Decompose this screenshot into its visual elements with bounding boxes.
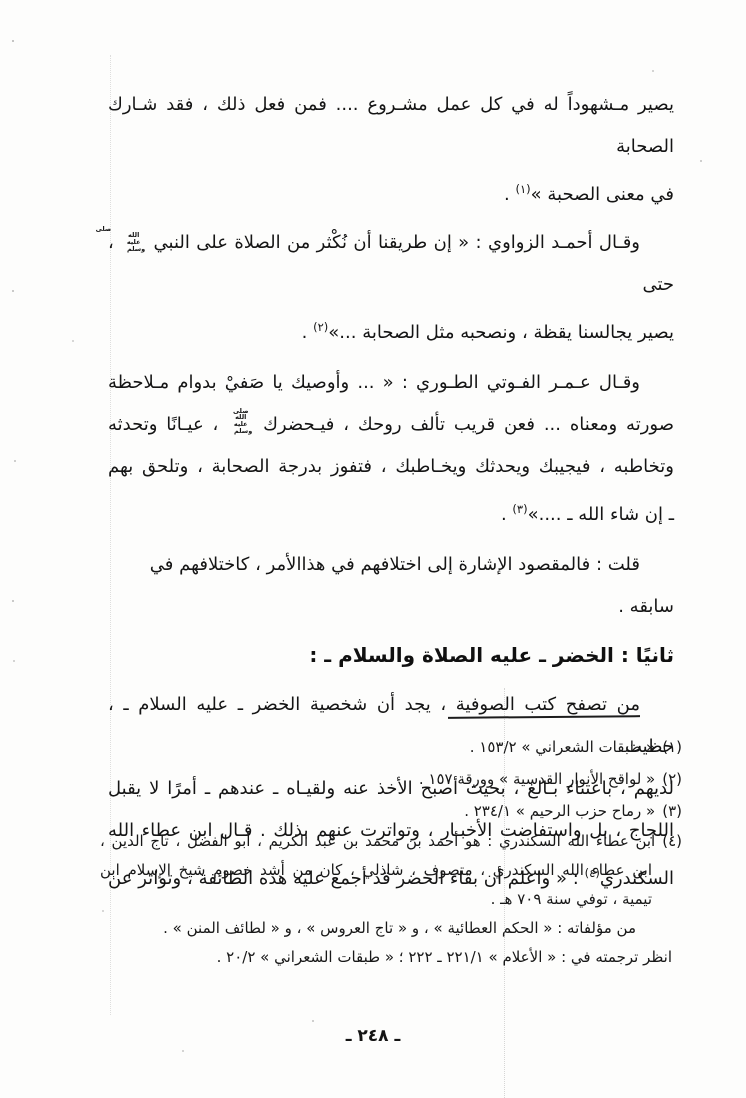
footnotes-block: (١)« طبقات الشعراني » ١٥٣/٢ . (٢)« لواقح… <box>100 731 682 972</box>
footnote-reference: (٢) <box>313 320 328 334</box>
paragraph: قلت : فالمقصود الإشارة إلى اختلافهم في ه… <box>108 544 674 628</box>
section-heading: ثانيًا : الخضر ـ عليه الصلاة والسلام ـ : <box>108 634 674 676</box>
footnote-item: (٤)ابن عطاء الله السكندري : هو أحمد بن م… <box>100 827 682 972</box>
line-text: . <box>302 322 313 343</box>
scanned-book-page: يصير مـشهوداً له في كل عمل مشـروع .... ف… <box>0 0 746 1098</box>
footnote-text: ابن عطاء الله السكندري : هو أحمد بن محمد… <box>100 832 655 850</box>
paragraph: وقـال عـمـر الفـوتي الطـوري : « ... وأوص… <box>108 362 674 536</box>
footnote-item: (٢)« لواقح الأنوار القدسية » وورقة ١٥٧ . <box>100 763 682 795</box>
footnote-marker: (٤) <box>662 832 682 850</box>
footnote-marker: (٣) <box>662 802 682 820</box>
footnote-line: انظر ترجمته في : « الأعلام » ٢٢١/١ ـ ٢٢٢… <box>100 943 682 972</box>
body-line: صورته ومعناه ... فعن قريب تألف روحك ، في… <box>108 404 674 446</box>
body-line: وقـال أحمـد الزواوي : « إن طريقنا أن نُك… <box>108 222 674 306</box>
saw-calligraphy-symbol: صلى الله عليه وسلم <box>122 226 145 253</box>
saw-calligraphy-symbol: صلى الله عليه وسلم <box>229 408 252 435</box>
line-text: ـ إن شاء الله ـ ....» <box>528 504 674 525</box>
line-text: . <box>504 184 515 205</box>
footnote-line: من مؤلفاته : « الحكم العطائية » ، و « تا… <box>100 914 682 943</box>
body-line: يصير مـشهوداً له في كل عمل مشـروع .... ف… <box>108 84 674 168</box>
body-line: وتخاطبه ، فيجيبك ويحدثك ويخـاطبك ، فتفوز… <box>108 446 674 488</box>
footnote-line: (٤)ابن عطاء الله السكندري : هو أحمد بن م… <box>100 827 682 856</box>
page-number: ـ ٢٤٨ ـ <box>0 1026 746 1046</box>
footnote-text: « لواقح الأنوار القدسية » وورقة ١٥٧ . <box>419 770 655 788</box>
body-line: في معنى الصحبة »(١) . <box>108 168 674 216</box>
footnote-text: « طبقات الشعراني » ١٥٣/٢ . <box>470 738 655 756</box>
footnote-item: (١)« طبقات الشعراني » ١٥٣/٢ . <box>100 731 682 763</box>
scan-noise-specks <box>12 40 14 42</box>
line-text: . <box>501 504 512 525</box>
line-text: يصير يجالسنا يقظة ، ونصحبه مثل الصحابة .… <box>328 322 674 343</box>
footnote-line: تيمية ، توفي سنة ٧٠٩ هـ . <box>100 885 682 914</box>
body-line: ـ إن شاء الله ـ ....»(٣) . <box>108 488 674 536</box>
line-text: ، عيـانًا وتحدثه <box>108 414 227 435</box>
body-line: قلت : فالمقصود الإشارة إلى اختلافهم في ه… <box>108 544 674 628</box>
footnote-text: « رماح حزب الرحيم » ٢٣٤/١ . <box>464 802 655 820</box>
body-line: يصير يجالسنا يقظة ، ونصحبه مثل الصحابة .… <box>108 306 674 354</box>
paragraph: يصير مـشهوداً له في كل عمل مشـروع .... ف… <box>108 84 674 216</box>
line-text: صورته ومعناه ... فعن قريب تألف روحك ، في… <box>254 414 674 435</box>
line-text: وقـال أحمـد الزواوي : « إن طريقنا أن نُك… <box>147 232 640 253</box>
footnote-marker: (١) <box>662 738 682 756</box>
footnote-reference: (١) <box>515 182 530 196</box>
line-text: في معنى الصحبة » <box>531 184 674 205</box>
body-line: وقـال عـمـر الفـوتي الطـوري : « ... وأوص… <box>108 362 674 404</box>
footnote-reference: (٣) <box>512 502 527 516</box>
footnote-item: (٣)« رماح حزب الرحيم » ٢٣٤/١ . <box>100 795 682 827</box>
paragraph: وقـال أحمـد الزواوي : « إن طريقنا أن نُك… <box>108 222 674 354</box>
footnote-marker: (٢) <box>662 770 682 788</box>
footnote-line: ابن عطاء الله السكندري ، متصوف ، شاذلي ،… <box>100 856 682 885</box>
